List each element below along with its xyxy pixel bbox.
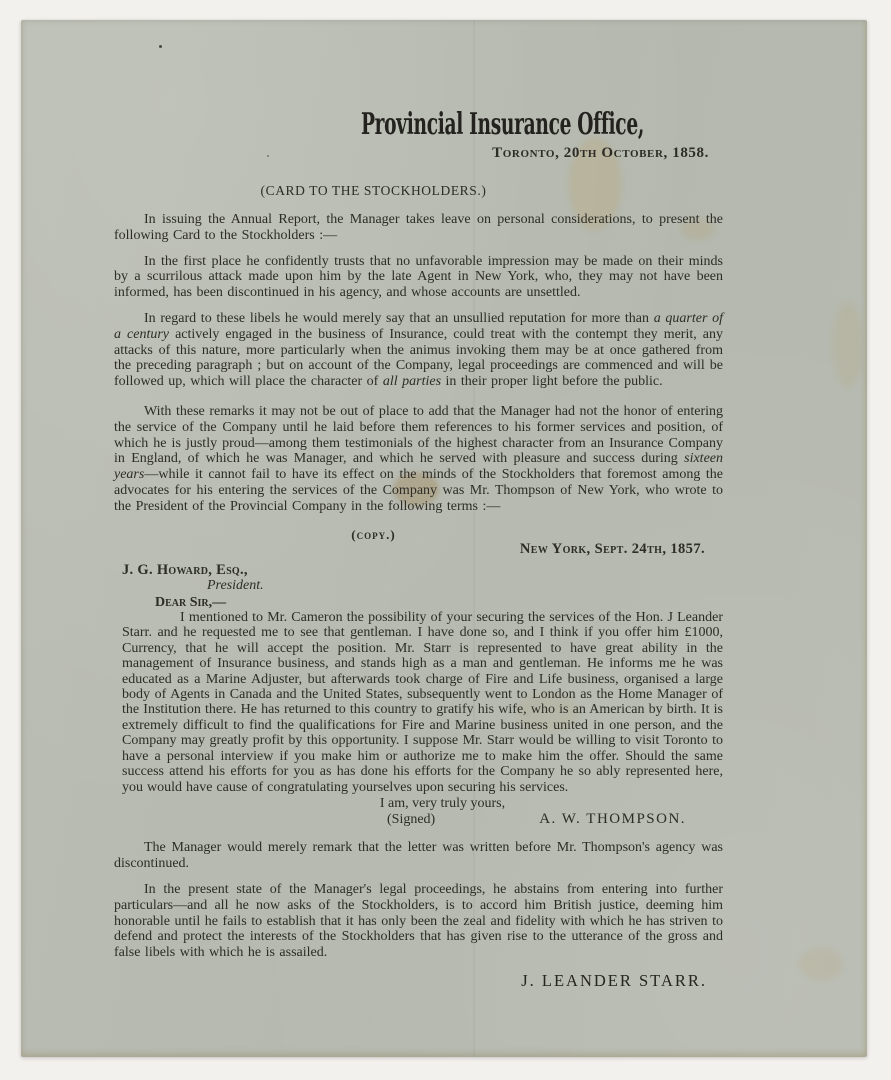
document-content: Provincial Insurance Office, Toronto, 20… (21, 20, 867, 991)
letter-signature-row: (Signed) A. W. THOMPSON. (122, 811, 723, 828)
letterhead-office-name: Provincial Insurance Office, (314, 108, 692, 142)
document-signature: J. LEANDER STARR. (114, 971, 723, 991)
paragraph-intro: In issuing the Annual Report, the Manage… (114, 212, 723, 244)
letterhead-dateline: Toronto, 20th October, 1858. (114, 145, 723, 162)
letter-valediction: I am, very truly yours, (142, 796, 743, 811)
closing-paragraph-remark: The Manager would merely remark that the… (114, 840, 723, 872)
paragraph-remarks: With these remarks it may not be out of … (114, 404, 723, 515)
paragraph-first-place: In the first place he confidently trusts… (114, 254, 723, 301)
paragraph-libels: In regard to these libels he would merel… (114, 311, 723, 390)
letter-recipient: J. G. Howard, Esq., (122, 563, 723, 579)
card-heading: (CARD TO THE STOCKHOLDERS.) (69, 183, 678, 199)
copy-label: (copy.) (69, 527, 678, 543)
letter-recipient-title: President. (122, 578, 723, 594)
document-page: Provincial Insurance Office, Toronto, 20… (21, 20, 867, 1057)
enclosed-letter: J. G. Howard, Esq., President. Dear Sir,… (122, 563, 723, 829)
letter-dateline: New York, Sept. 24th, 1857. (114, 541, 723, 558)
signed-label: (Signed) (387, 812, 435, 828)
scan-background: { "colors": { "background": "#f3f1ee", "… (0, 0, 891, 1080)
letter-signature: A. W. THOMPSON. (539, 811, 686, 827)
letter-salutation: Dear Sir,— (122, 595, 723, 611)
closing-paragraph-present-state: In the present state of the Manager's le… (114, 882, 723, 961)
letter-body: I mentioned to Mr. Cameron the possibili… (122, 610, 723, 795)
